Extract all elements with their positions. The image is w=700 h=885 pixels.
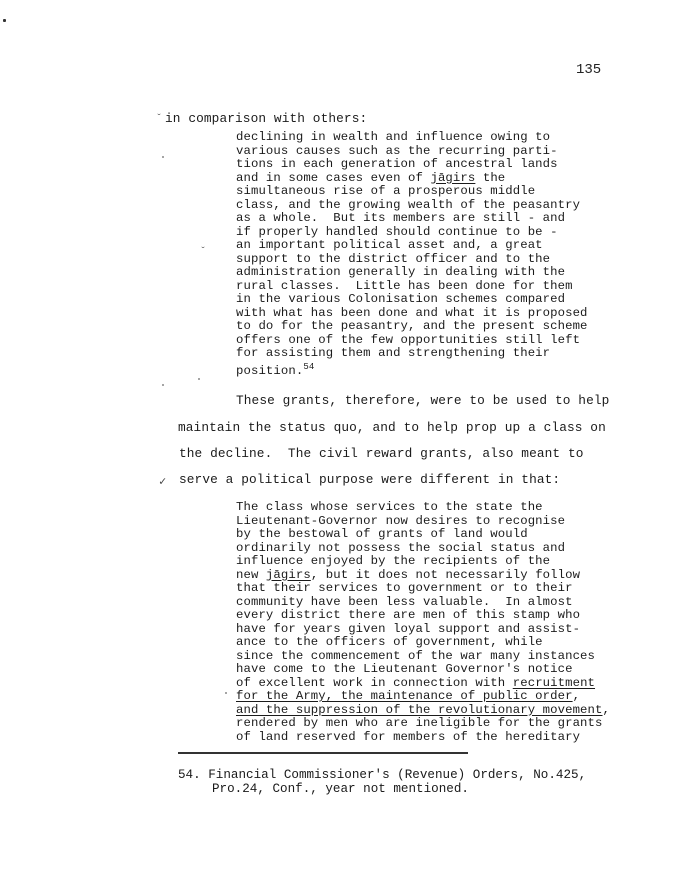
quote2-line-14: of excellent work in connection with rec… (236, 677, 595, 690)
quote2-line-17: rendered by men who are ineligible for t… (236, 717, 603, 730)
quote2-line-11: ance to the officers of government, whil… (236, 636, 543, 649)
quote2-line-8: community have been less valuable. In al… (236, 596, 573, 609)
quote2-line-6: new jāgirs, but it does not necessarily … (236, 569, 580, 582)
quote1-line-4-tail: the (475, 171, 505, 185)
quote1-line-18: position.54 (236, 361, 314, 378)
quote2-line-16: and the suppression of the revolutionary… (236, 704, 610, 717)
footnote-line-1: 54. Financial Commissioner's (Revenue) O… (178, 768, 586, 782)
intro-line: in comparison with others: (165, 111, 367, 126)
margin-speck (162, 384, 164, 386)
page-number: 135 (576, 62, 601, 78)
quote1-line-1: declining in wealth and influence owing … (236, 131, 550, 144)
quote1-line-16: offers one of the few opportunities stil… (236, 334, 580, 347)
quote2-line-7: that their services to government or to … (236, 582, 573, 595)
quote2-line-15: for the Army, the maintenance of public … (236, 690, 580, 703)
quote2-line-13: have come to the Lieutenant Governor's n… (236, 663, 573, 676)
paragraph-line-3: the decline. The civil reward grants, al… (179, 446, 584, 461)
quote2-line-16-tail: , (603, 703, 610, 717)
quote1-line-4: and in some cases even of jāgirs the (236, 172, 505, 185)
quote2-line-2: Lieutenant-Governor now desires to recog… (236, 515, 565, 528)
margin-speck (162, 156, 164, 158)
quote1-line-6: class, and the growing wealth of the pea… (236, 199, 580, 212)
footnote-ref-54: 54 (303, 362, 314, 372)
quote2-line-4: ordinarily not possess the social status… (236, 542, 565, 555)
underlined-recruitment: recruitment (513, 676, 595, 690)
quote2-line-6-text: new (236, 568, 266, 582)
margin-mark: ˇ (200, 247, 206, 258)
quote1-line-5: simultaneous rise of a prosperous middle (236, 185, 535, 198)
quote1-line-4-text: and in some cases even of (236, 171, 430, 185)
quote2-line-12: since the commencement of the war many i… (236, 650, 595, 663)
margin-speck (198, 378, 200, 380)
footnote: 54. Financial Commissioner's (Revenue) O… (178, 768, 586, 796)
quote1-line-12: rural classes. Little has been done for … (236, 280, 573, 293)
paragraph-line-1: These grants, therefore, were to be used… (236, 393, 609, 408)
quote1-line-15: to do for the peasantry, and the present… (236, 320, 588, 333)
quote2-line-5: influence enjoyed by the recipients of t… (236, 555, 550, 568)
footnote-line-2: Pro.24, Conf., year not mentioned. (178, 782, 586, 796)
footnote-number: 54. (178, 768, 201, 782)
paragraph-line-4: serve a political purpose were different… (179, 472, 560, 487)
quote1-line-2: various causes such as the recurring par… (236, 145, 558, 158)
paragraph-line-2: maintain the status quo, and to help pro… (178, 420, 606, 435)
scan-speck (3, 19, 6, 22)
quote1-line-7: as a whole. But its members are still - … (236, 212, 565, 225)
term-jagirs: jāgirs (430, 171, 475, 185)
margin-speck (225, 692, 227, 694)
quote1-line-17: for assisting them and strengthening the… (236, 347, 550, 360)
quote1-line-8: if properly handled should continue to b… (236, 226, 558, 239)
quote1-line-3: tions in each generation of ancestral la… (236, 158, 558, 171)
underlined-army-order: for the Army, the maintenance of public … (236, 689, 573, 703)
footnote-separator (178, 752, 468, 754)
underlined-revolutionary-movement: and the suppression of the revolutionary… (236, 703, 603, 717)
quote1-line-9: an important political asset and, a grea… (236, 239, 543, 252)
footnote-text-1: Financial Commissioner's (Revenue) Order… (208, 768, 586, 782)
quote2-line-3: by the bestowal of grants of land would (236, 528, 528, 541)
quote2-line-14-text: of excellent work in connection with (236, 676, 513, 690)
quote2-line-9: every district there are men of this sta… (236, 609, 580, 622)
quote2-line-10: have for years given loyal support and a… (236, 623, 580, 636)
quote1-line-14: with what has been done and what it is p… (236, 307, 588, 320)
term-jagirs: jāgirs (266, 568, 311, 582)
quote1-line-11: administration generally in dealing with… (236, 266, 565, 279)
quote1-line-10: support to the district officer and to t… (236, 253, 550, 266)
quote1-line-13: in the various Colonisation schemes comp… (236, 293, 565, 306)
quote2-line-18: of land reserved for members of the here… (236, 731, 580, 744)
margin-checkmark-icon: ✓ (159, 474, 166, 489)
quote2-line-1: The class whose services to the state th… (236, 501, 543, 514)
quote2-line-15-tail: , (573, 689, 580, 703)
document-page: 135 ˇ in comparison with others: declini… (0, 0, 700, 885)
quote2-line-6-tail: , but it does not necessarily follow (311, 568, 580, 582)
quote1-line-18-text: position. (236, 364, 303, 378)
margin-tick-mark: ˇ (156, 114, 162, 125)
